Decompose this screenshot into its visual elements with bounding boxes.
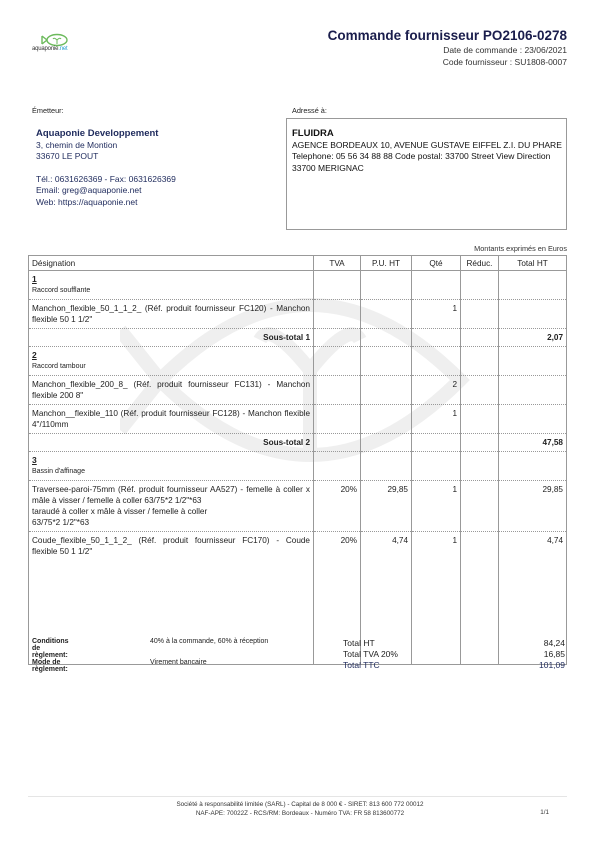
line-discount [461, 481, 499, 532]
line-tva [314, 405, 361, 434]
line-discount [461, 532, 499, 561]
col-total: Total HT [499, 256, 567, 271]
line-total [499, 376, 567, 405]
line-quantity: 1 [412, 300, 461, 329]
line-unit-price: 4,74 [361, 532, 412, 561]
section-header-row: 2Raccord tambour [29, 347, 567, 376]
totals-block: Total HT84,24 Total TVA 20%16,85 Total T… [343, 638, 565, 671]
sender-label: Émetteur: [32, 106, 64, 115]
section-number: 1 [32, 274, 310, 285]
subtotal-value: 2,07 [499, 329, 567, 347]
section-number: 3 [32, 455, 310, 466]
sender-name: Aquaponie Developpement [36, 128, 176, 140]
table-row: Traversee-paroi-75mm (Réf. produit fourn… [29, 481, 567, 532]
recipient-address: AGENCE BORDEAUX 10, AVENUE GUSTAVE EIFFE… [292, 140, 564, 163]
sender-address1: 3, chemin de Montion [36, 140, 176, 152]
line-description: Manchon_flexible_50_1_1_2_ (Réf. produit… [29, 300, 314, 329]
subtotal-value: 47,58 [499, 434, 567, 452]
recipient-block: FLUIDRA AGENCE BORDEAUX 10, AVENUE GUSTA… [292, 128, 564, 174]
line-tva [314, 376, 361, 405]
document-title: Commande fournisseur PO2106-0278 [328, 28, 567, 43]
payment-terms-label: Conditions de règlement: [32, 638, 69, 659]
subtotal-row: Sous-total 247,58 [29, 434, 567, 452]
payment-mode: Virement bancaire [150, 659, 207, 666]
section-label: Raccord tambour [32, 361, 310, 372]
subtotal-row: Sous-total 12,07 [29, 329, 567, 347]
line-total: 29,85 [499, 481, 567, 532]
line-unit-price [361, 376, 412, 405]
subtotal-label: Sous-total 1 [29, 329, 314, 347]
line-unit-price [361, 405, 412, 434]
sender-block: Aquaponie Developpement 3, chemin de Mon… [36, 128, 176, 208]
col-unit-price: P.U. HT [361, 256, 412, 271]
sender-web: Web: https://aquaponie.net [36, 197, 176, 209]
recipient-label: Adressé à: [292, 106, 327, 115]
line-unit-price: 29,85 [361, 481, 412, 532]
line-total [499, 300, 567, 329]
table-row: Manchon_flexible_50_1_1_2_ (Réf. produit… [29, 300, 567, 329]
footer-legal: Société à responsabilité limitée (SARL) … [100, 800, 500, 818]
sender-phone: Tél.: 0631626369 - Fax: 0631626369 [36, 174, 176, 186]
line-description: Manchon__flexible_110 (Réf. produit four… [29, 405, 314, 434]
items-table: Désignation TVA P.U. HT Qté Réduc. Total… [28, 255, 567, 665]
logo-wordmark: aquaponie.net [32, 46, 67, 52]
line-tva: 20% [314, 532, 361, 561]
line-tva: 20% [314, 481, 361, 532]
subtotal-label: Sous-total 2 [29, 434, 314, 452]
section-header-row: 3Bassin d'affinage [29, 452, 567, 481]
line-quantity: 1 [412, 405, 461, 434]
line-quantity: 2 [412, 376, 461, 405]
line-tva [314, 300, 361, 329]
line-quantity: 1 [412, 481, 461, 532]
total-tva-row: Total TVA 20%16,85 [343, 649, 565, 660]
line-description: Manchon_flexible_200_8_ (Réf. produit fo… [29, 376, 314, 405]
table-row: Manchon_flexible_200_8_ (Réf. produit fo… [29, 376, 567, 405]
table-header-row: Désignation TVA P.U. HT Qté Réduc. Total… [29, 256, 567, 271]
recipient-name: FLUIDRA [292, 128, 564, 140]
payment-terms: 40% à la commande, 60% à réception [150, 638, 268, 645]
total-ttc-row: Total TTC101,09 [343, 660, 565, 671]
line-total [499, 405, 567, 434]
line-unit-price [361, 300, 412, 329]
col-tva: TVA [314, 256, 361, 271]
aquaponie-logo-icon [30, 32, 80, 56]
section-header-row: 1Raccord soufflante [29, 271, 567, 300]
line-discount [461, 376, 499, 405]
currency-note: Montants exprimés en Euros [474, 244, 567, 253]
page-number: 1/1 [540, 809, 549, 816]
total-ht-row: Total HT84,24 [343, 638, 565, 649]
supplier-code: Code fournisseur : SU1808-0007 [443, 57, 567, 67]
col-discount: Réduc. [461, 256, 499, 271]
col-designation: Désignation [29, 256, 314, 271]
table-row: Manchon__flexible_110 (Réf. produit four… [29, 405, 567, 434]
line-description: Coude_flexible_50_1_1_2_ (Réf. produit f… [29, 532, 314, 561]
line-quantity: 1 [412, 532, 461, 561]
footer-divider [28, 796, 567, 797]
line-description: Traversee-paroi-75mm (Réf. produit fourn… [29, 481, 314, 532]
sender-address2: 33670 LE POUT [36, 151, 176, 163]
recipient-city: 33700 MERIGNAC [292, 163, 564, 175]
col-quantity: Qté [412, 256, 461, 271]
payment-mode-label: Mode de règlement: [32, 659, 68, 673]
line-total: 4,74 [499, 532, 567, 561]
section-number: 2 [32, 350, 310, 361]
line-discount [461, 405, 499, 434]
order-date: Date de commande : 23/06/2021 [443, 45, 567, 55]
table-row: Coude_flexible_50_1_1_2_ (Réf. produit f… [29, 532, 567, 561]
line-discount [461, 300, 499, 329]
section-label: Bassin d'affinage [32, 466, 310, 477]
sender-email: Email: greg@aquaponie.net [36, 185, 176, 197]
section-label: Raccord soufflante [32, 285, 310, 296]
